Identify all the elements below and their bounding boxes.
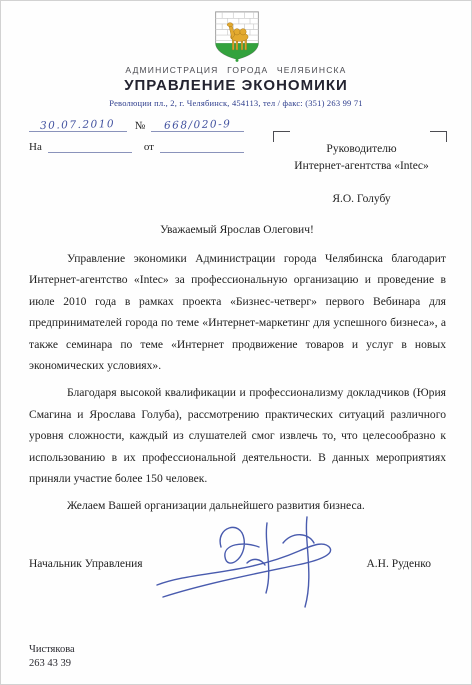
signer-position-title: Начальник Управления — [29, 558, 143, 570]
salutation: Уважаемый Ярослав Олегович! — [29, 224, 445, 236]
na-label: На — [29, 141, 42, 153]
date-field: 30.07.2010 — [29, 119, 127, 132]
recipient-name: Я.О. Голубу — [259, 191, 464, 208]
recipient-block: Руководителю Интернет-агентства «Intec» … — [259, 141, 464, 208]
letter-body: Управление экономики Администрации город… — [29, 248, 446, 523]
handwritten-date: 30.07.2010 — [40, 118, 115, 132]
department-title: УПРАВЛЕНИЕ ЭКОНОМИКИ — [1, 77, 471, 94]
administration-title: АДМИНИСТРАЦИЯ ГОРОДА ЧЕЛЯБИНСКА — [1, 65, 471, 75]
handwritten-number: 668/020-9 — [164, 118, 232, 132]
scanned-letter-page: АДМИНИСТРАЦИЯ ГОРОДА ЧЕЛЯБИНСКА УПРАВЛЕН… — [0, 0, 472, 685]
handwritten-signature-icon — [149, 513, 344, 613]
reference-block: 30.07.2010 № 668/020-9 На от — [29, 119, 244, 153]
coat-of-arms-icon — [209, 10, 265, 62]
paragraph-2: Благодаря высокой квалификации и професс… — [29, 382, 446, 489]
signer-name: А.Н. Руденко — [366, 558, 431, 570]
number-sign-label: № — [135, 120, 146, 132]
ot-label: от — [144, 141, 154, 153]
recipient-organization: Интернет-агентства «Intec» — [259, 158, 464, 175]
na-blank-field — [48, 141, 132, 153]
number-field: 668/020-9 — [151, 119, 244, 132]
ot-blank-field — [160, 141, 244, 153]
executor-contact: Чистякова 263 43 39 — [29, 643, 75, 671]
address-line: Революции пл., 2, г. Челябинск, 454113, … — [1, 98, 471, 108]
paragraph-1: Управление экономики Администрации город… — [29, 248, 446, 376]
executor-name: Чистякова — [29, 643, 75, 657]
recipient-position: Руководителю — [259, 141, 464, 158]
executor-phone: 263 43 39 — [29, 657, 75, 671]
